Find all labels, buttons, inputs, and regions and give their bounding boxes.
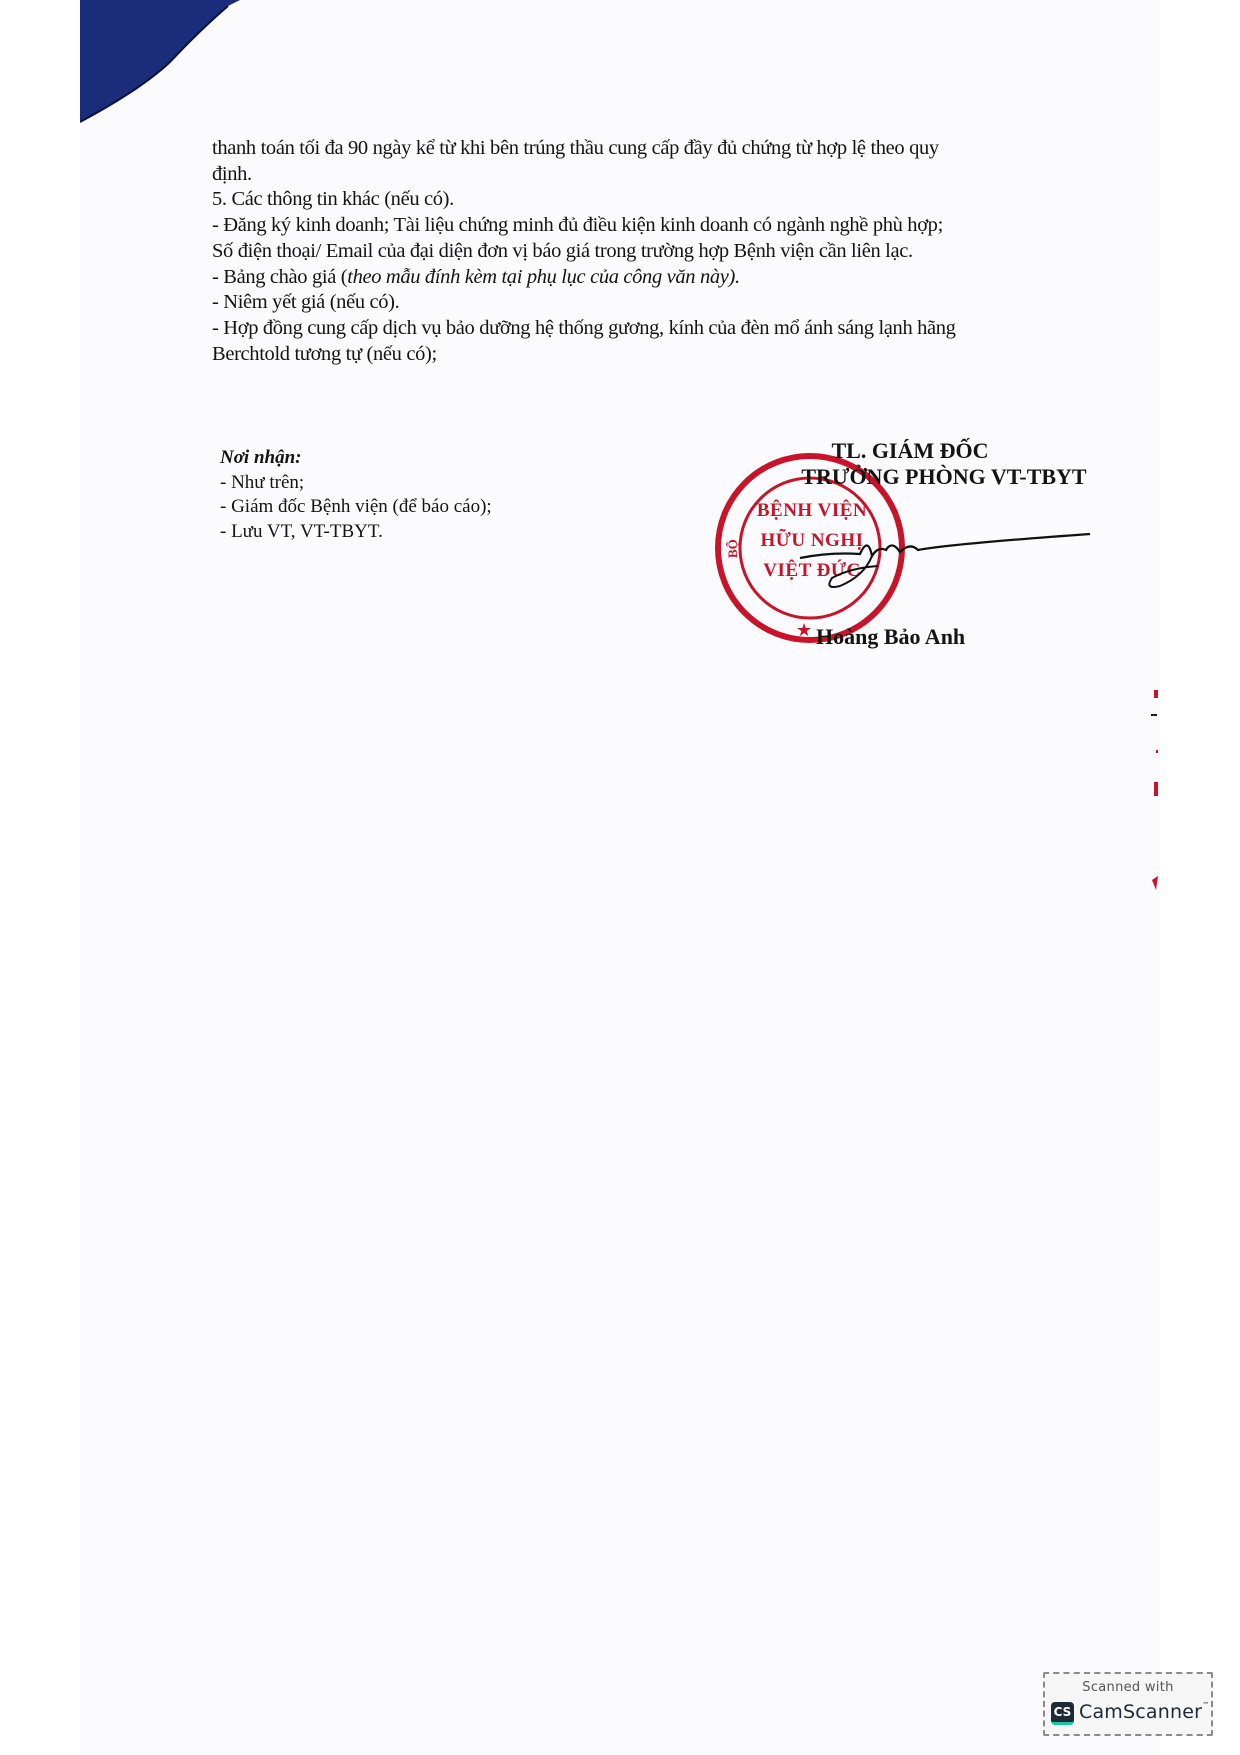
signer-name: Hoàng Bảo Anh <box>816 624 965 650</box>
trademark-mark: ™ <box>1202 1701 1209 1709</box>
signature-title-line1: TL. GIÁM ĐỐC <box>710 438 1110 464</box>
body-line: - Đăng ký kinh doanh; Tài liệu chứng min… <box>212 213 1092 239</box>
body-line: Berchtold tương tự (nếu có); <box>212 342 1092 368</box>
stamp-star-icon: ★ <box>796 620 812 640</box>
body-line: - Bảng chào giá (theo mẫu đính kèm tại p… <box>212 265 1092 291</box>
body-line: thanh toán tối đa 90 ngày kể từ khi bên … <box>212 136 1092 162</box>
folded-corner-shadow <box>80 0 240 125</box>
signature-block: BỘ ★ BỆNH VIỆN HỮU NGHỊ VIỆT ĐỨC TL. GIÁ… <box>700 438 1120 668</box>
watermark-label: Scanned with <box>1045 1680 1211 1695</box>
recipients-block: Nơi nhận: - Như trên; - Giám đốc Bệnh vi… <box>220 446 580 544</box>
body-line: - Hợp đồng cung cấp dịch vụ bảo dưỡng hệ… <box>212 316 1092 342</box>
body-line-italic: theo mẫu đính kèm tại phụ lục của công v… <box>347 266 740 288</box>
recipient-item: - Lưu VT, VT-TBYT. <box>220 520 580 545</box>
body-line-prefix: - Bảng chào giá ( <box>212 266 347 288</box>
camscanner-logo-icon: CS <box>1051 1702 1074 1725</box>
watermark-brand: CamScanner™ <box>1079 1701 1209 1723</box>
camscanner-watermark: Scanned with CS CamScanner™ <box>1043 1672 1213 1736</box>
edge-stamp-fragments <box>1148 690 1160 910</box>
recipient-item: - Như trên; <box>220 471 580 496</box>
stamp-side-text: BỘ <box>725 539 740 558</box>
body-line: Số điện thoại/ Email của đại diện đơn vị… <box>212 239 1092 265</box>
recipient-item: - Giám đốc Bệnh viện (để báo cáo); <box>220 495 580 520</box>
signature-title-line2: TRƯỞNG PHÒNG VT-TBYT <box>744 464 1144 490</box>
letter-body: thanh toán tối đa 90 ngày kể từ khi bên … <box>212 136 1092 367</box>
body-line: định. <box>212 162 1092 188</box>
section-heading: 5. Các thông tin khác (nếu có). <box>212 187 1092 213</box>
brand-name: CamScanner <box>1079 1701 1202 1723</box>
handwritten-signature <box>760 516 1100 596</box>
recipients-heading: Nơi nhận: <box>220 446 580 471</box>
body-line: - Niêm yết giá (nếu có). <box>212 290 1092 316</box>
